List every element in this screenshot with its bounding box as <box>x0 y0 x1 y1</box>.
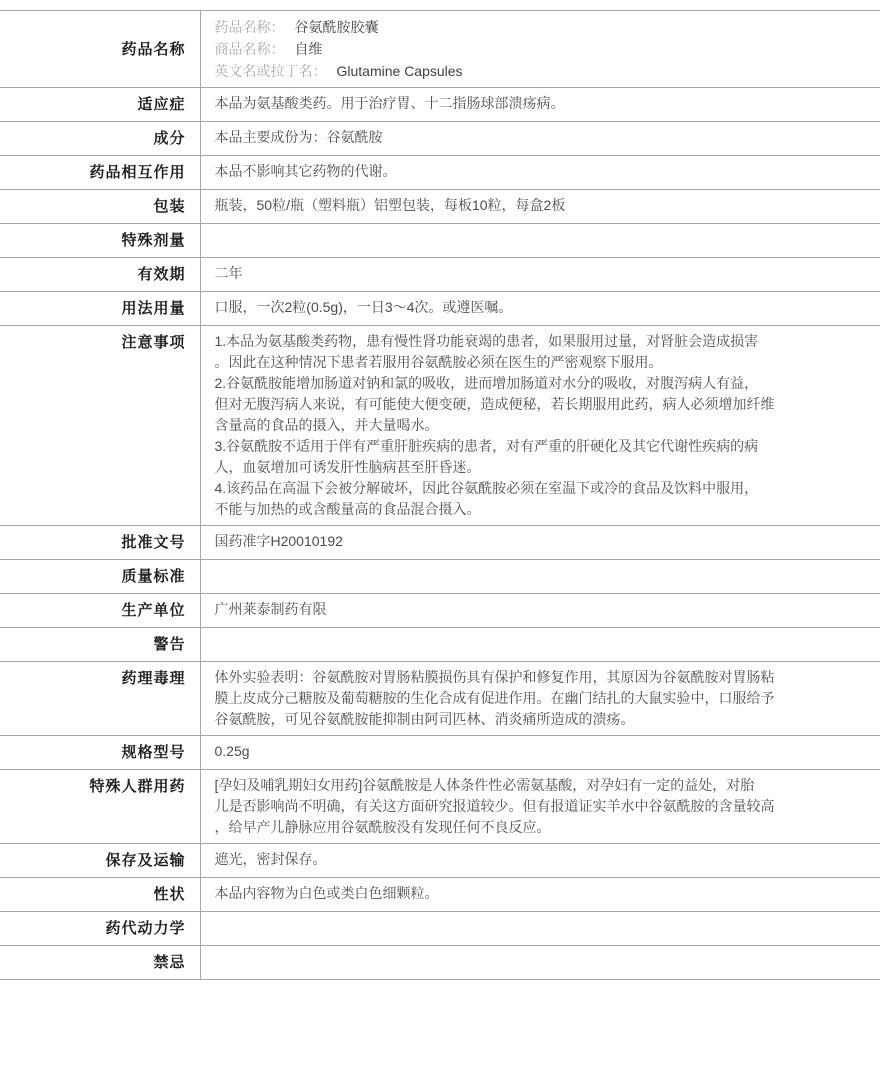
row-label: 特殊人群用药 <box>0 770 200 844</box>
table-row: 包装 瓶装，50粒/瓶（塑料瓶）铝塑包装，每板10粒，每盒2板 <box>0 190 880 224</box>
row-label: 特殊剂量 <box>0 224 200 258</box>
row-content: 本品为氨基酸类药。用于治疗胃、十二指肠球部溃疡病。 <box>200 88 880 122</box>
field-label: 英文名或拉丁名： <box>215 63 327 79</box>
field-line: 药品名称：谷氨酰胺胶囊 <box>215 16 861 38</box>
table-row: 生产单位 广州莱泰制药有限 <box>0 594 880 628</box>
row-content <box>200 912 880 946</box>
row-label: 规格型号 <box>0 736 200 770</box>
row-content: 0.25g <box>200 736 880 770</box>
row-label: 质量标准 <box>0 560 200 594</box>
table-row: 适应症 本品为氨基酸类药。用于治疗胃、十二指肠球部溃疡病。 <box>0 88 880 122</box>
table-row: 成分 本品主要成份为：谷氨酰胺 <box>0 122 880 156</box>
table-row: 特殊剂量 <box>0 224 880 258</box>
row-label: 药品相互作用 <box>0 156 200 190</box>
table-row: 警告 <box>0 628 880 662</box>
field-value: 自维 <box>295 41 323 57</box>
table-row: 质量标准 <box>0 560 880 594</box>
table-row: 规格型号 0.25g <box>0 736 880 770</box>
table-row: 有效期 二年 <box>0 258 880 292</box>
row-content: 体外实验表明：谷氨酰胺对胃肠粘膜损伤具有保护和修复作用，其原因为谷氨酰胺对胃肠粘… <box>200 662 880 736</box>
row-content: 本品不影响其它药物的代谢。 <box>200 156 880 190</box>
row-content <box>200 628 880 662</box>
table-row: 特殊人群用药 [孕妇及哺乳期妇女用药]谷氨酰胺是人体条件性必需氨基酸，对孕妇有一… <box>0 770 880 844</box>
row-content <box>200 560 880 594</box>
row-content: 二年 <box>200 258 880 292</box>
row-content: 国药准字H20010192 <box>200 526 880 560</box>
row-content <box>200 224 880 258</box>
row-label: 生产单位 <box>0 594 200 628</box>
row-content: [孕妇及哺乳期妇女用药]谷氨酰胺是人体条件性必需氨基酸，对孕妇有一定的益处，对胎… <box>200 770 880 844</box>
drug-info-page: 药品名称 药品名称：谷氨酰胺胶囊商品名称：自维英文名或拉丁名：Glutamine… <box>0 0 880 980</box>
row-label: 成分 <box>0 122 200 156</box>
table-row: 保存及运输 遮光，密封保存。 <box>0 844 880 878</box>
drug-info-table: 药品名称 药品名称：谷氨酰胺胶囊商品名称：自维英文名或拉丁名：Glutamine… <box>0 10 880 980</box>
table-row: 药代动力学 <box>0 912 880 946</box>
row-label: 性状 <box>0 878 200 912</box>
row-content: 广州莱泰制药有限 <box>200 594 880 628</box>
row-content: 本品内容物为白色或类白色细颗粒。 <box>200 878 880 912</box>
table-row: 性状 本品内容物为白色或类白色细颗粒。 <box>0 878 880 912</box>
row-content: 遮光，密封保存。 <box>200 844 880 878</box>
row-label: 批准文号 <box>0 526 200 560</box>
table-row: 批准文号 国药准字H20010192 <box>0 526 880 560</box>
row-content: 药品名称：谷氨酰胺胶囊商品名称：自维英文名或拉丁名：Glutamine Caps… <box>200 11 880 88</box>
row-label: 药品名称 <box>0 11 200 88</box>
row-label: 警告 <box>0 628 200 662</box>
row-label: 药理毒理 <box>0 662 200 736</box>
field-value: 谷氨酰胺胶囊 <box>295 19 379 35</box>
field-line: 英文名或拉丁名：Glutamine Capsules <box>215 60 861 82</box>
row-label: 用法用量 <box>0 292 200 326</box>
field-label: 商品名称： <box>215 41 285 57</box>
table-row: 药品相互作用 本品不影响其它药物的代谢。 <box>0 156 880 190</box>
row-label: 保存及运输 <box>0 844 200 878</box>
table-row: 注意事项 1.本品为氨基酸类药物，患有慢性肾功能衰竭的患者，如果服用过量，对肾脏… <box>0 326 880 526</box>
row-content: 瓶装，50粒/瓶（塑料瓶）铝塑包装，每板10粒，每盒2板 <box>200 190 880 224</box>
row-label: 药代动力学 <box>0 912 200 946</box>
row-label: 适应症 <box>0 88 200 122</box>
field-value: Glutamine Capsules <box>337 63 463 79</box>
row-label: 注意事项 <box>0 326 200 526</box>
table-row: 禁忌 <box>0 946 880 980</box>
row-content <box>200 946 880 980</box>
field-line: 商品名称：自维 <box>215 38 861 60</box>
field-label: 药品名称： <box>215 19 285 35</box>
table-row: 药理毒理 体外实验表明：谷氨酰胺对胃肠粘膜损伤具有保护和修复作用，其原因为谷氨酰… <box>0 662 880 736</box>
table-row: 药品名称 药品名称：谷氨酰胺胶囊商品名称：自维英文名或拉丁名：Glutamine… <box>0 11 880 88</box>
row-content: 口服，一次2粒(0.5g)，一日3～4次。或遵医嘱。 <box>200 292 880 326</box>
row-label: 有效期 <box>0 258 200 292</box>
table-row: 用法用量 口服，一次2粒(0.5g)，一日3～4次。或遵医嘱。 <box>0 292 880 326</box>
row-label: 包装 <box>0 190 200 224</box>
row-content: 本品主要成份为：谷氨酰胺 <box>200 122 880 156</box>
row-label: 禁忌 <box>0 946 200 980</box>
row-content: 1.本品为氨基酸类药物，患有慢性肾功能衰竭的患者，如果服用过量，对肾脏会造成损害… <box>200 326 880 526</box>
